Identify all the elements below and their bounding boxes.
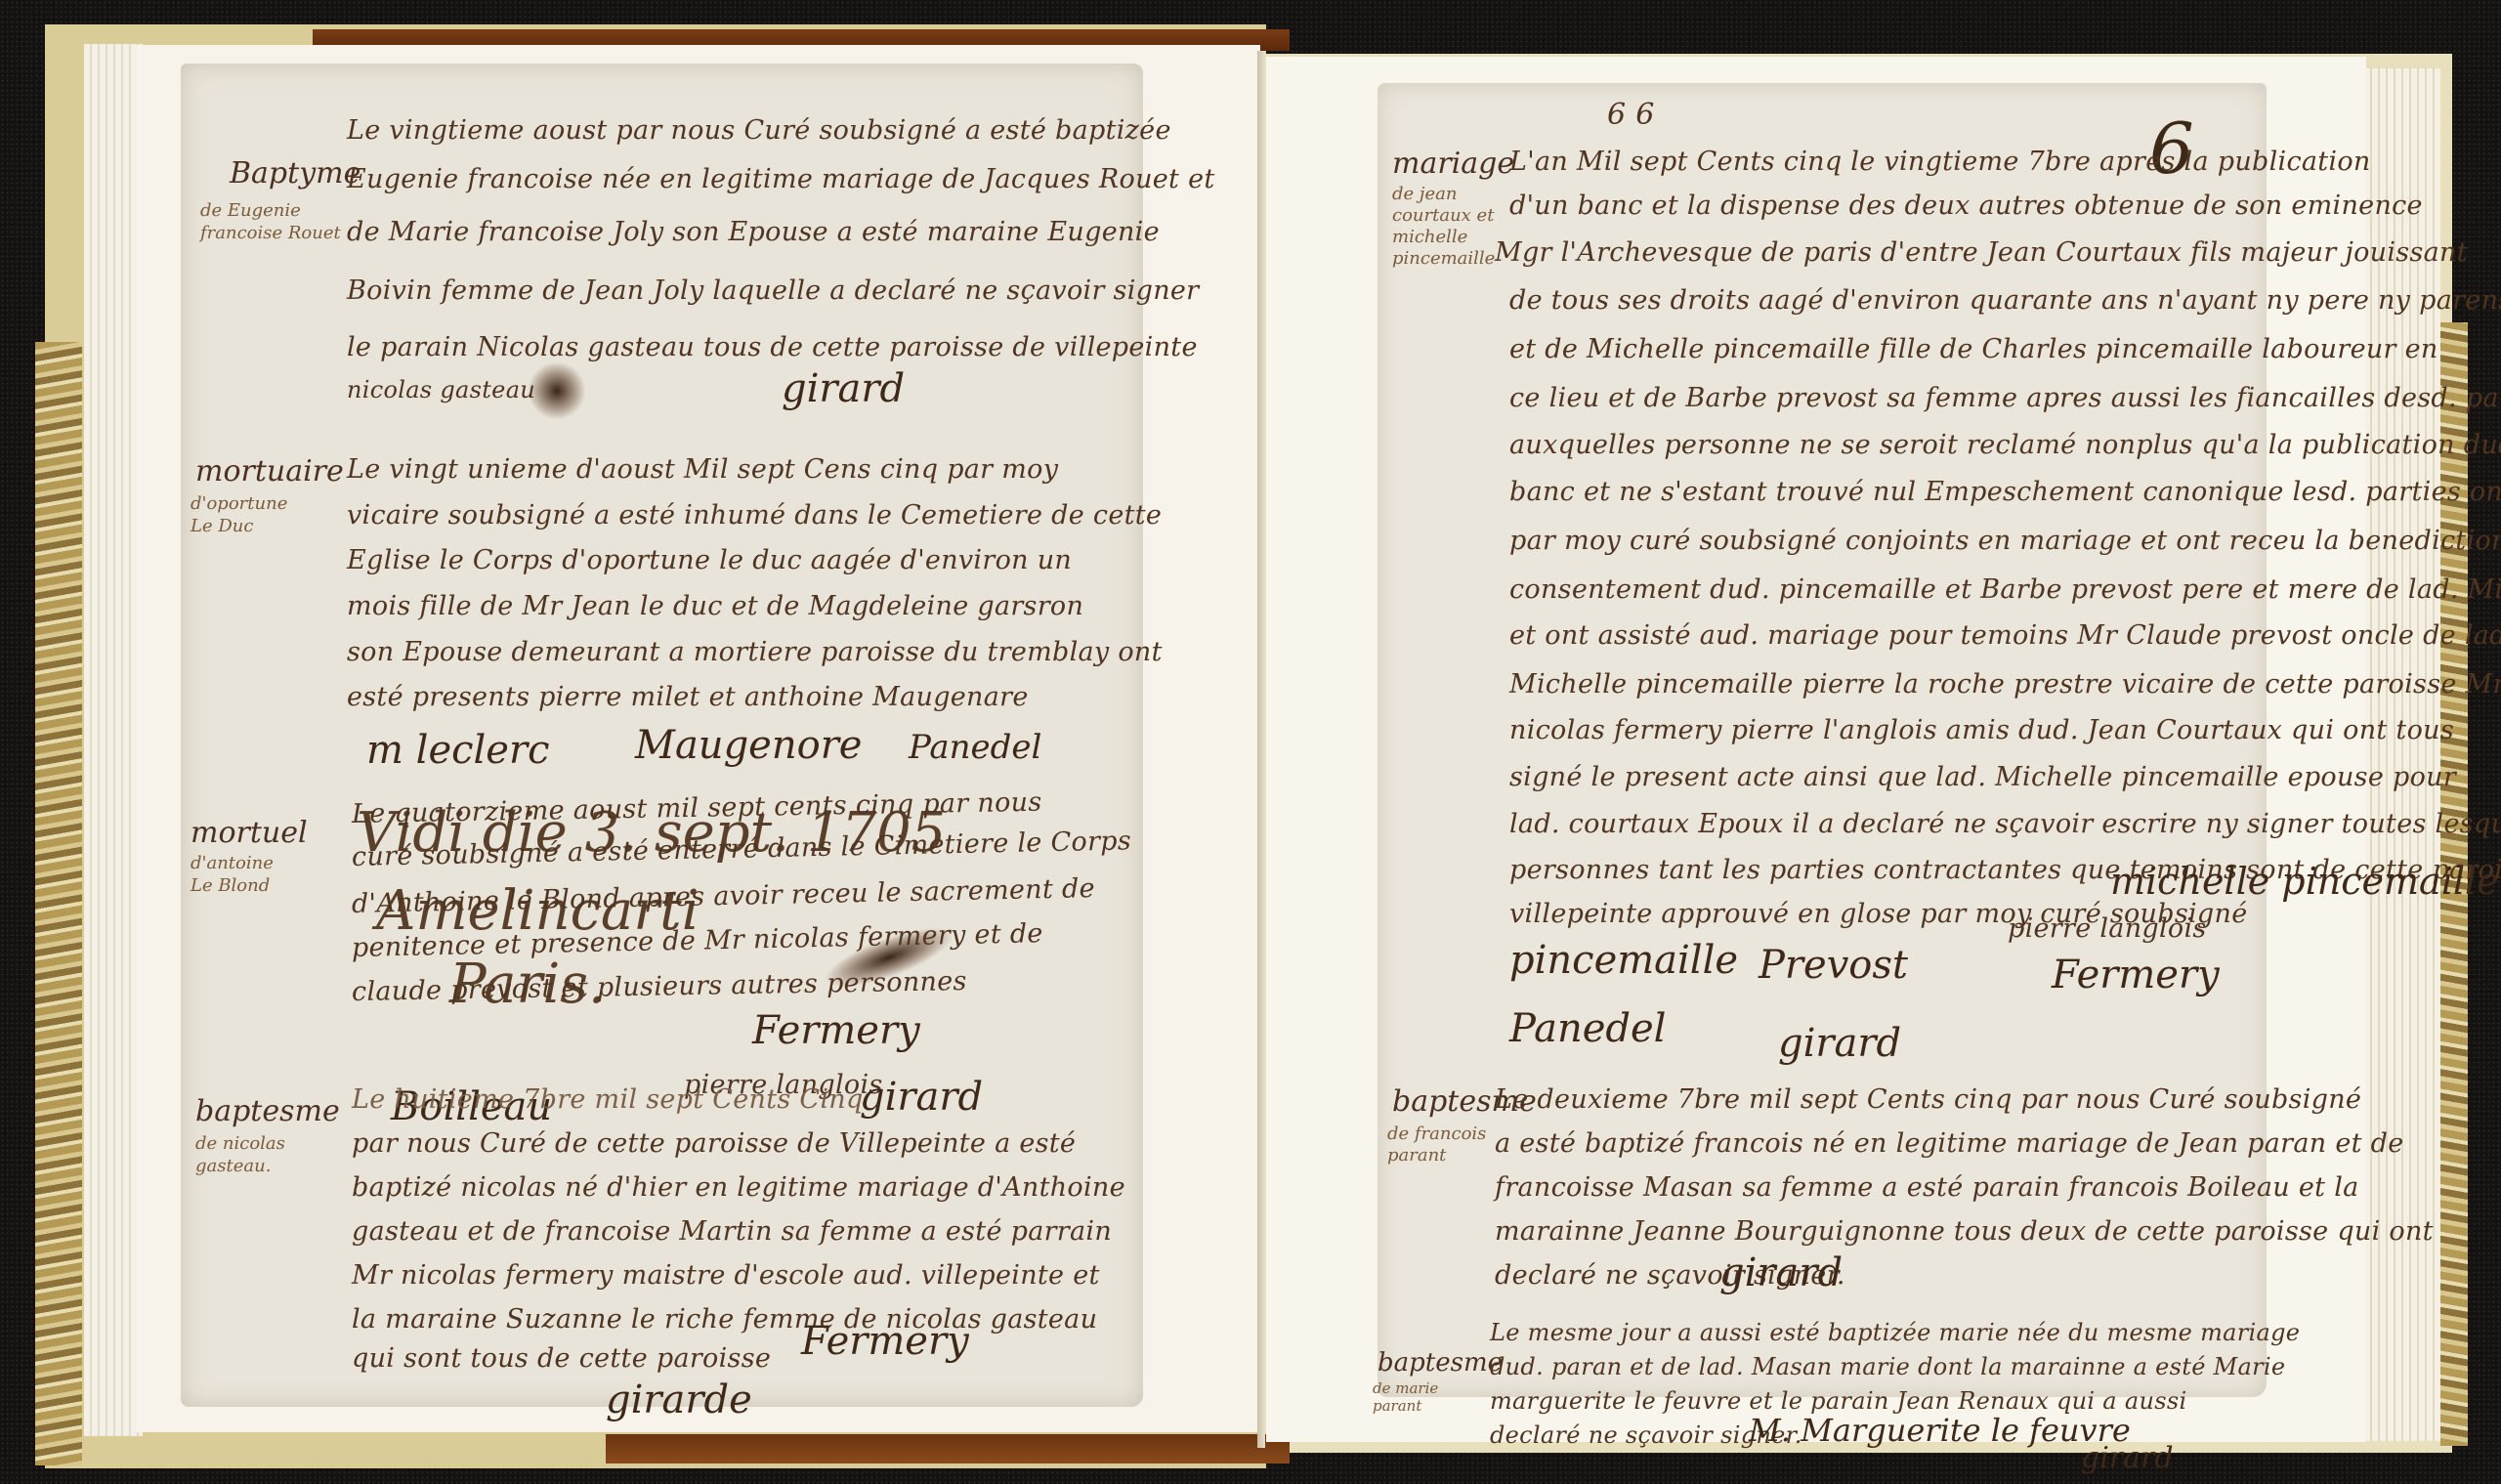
entry-line: francoisse Masan sa femme a esté parain … <box>1495 1172 2359 1203</box>
signature: Fermery <box>801 1319 969 1364</box>
entry-line: auxquelles personne ne se seroit reclamé… <box>1509 430 2501 460</box>
entry-line: vicaire soubsigné a esté inhumé dans le … <box>347 500 1162 530</box>
signature: girarde <box>606 1378 752 1422</box>
ink-blot <box>528 361 586 420</box>
marbled-endpaper-left <box>35 342 82 1465</box>
entry-line: la maraine Suzanne le riche femme de nic… <box>352 1304 1097 1335</box>
margin-title: baptesme <box>195 1094 340 1128</box>
signature: girard <box>782 366 905 411</box>
entry-line: qui sont tous de cette paroisse <box>352 1343 771 1374</box>
entry-line: baptizé nicolas né d'hier en legitime ma… <box>352 1172 1125 1203</box>
entry-line: Le vingtieme aoust par nous Curé soubsig… <box>347 115 1171 146</box>
entry-line: mois fille de Mr Jean le duc et de Magde… <box>347 591 1083 621</box>
entry-line: marguerite le feuvre et le parain Jean R… <box>1490 1387 2186 1415</box>
margin-subtitle: de francois <box>1387 1124 1486 1144</box>
entry-line: Mr nicolas fermery maistre d'escole aud.… <box>352 1260 1100 1291</box>
entry-line: de tous ses droits aagé d'environ quaran… <box>1509 285 2501 316</box>
margin-subtitle: francoise Rouet <box>200 223 341 243</box>
signature: Prevost <box>1759 943 1908 988</box>
page-edges-left <box>84 44 143 1436</box>
entry-line: a esté baptizé francois né en legitime m… <box>1495 1128 2404 1159</box>
entry-line: Le huitieme 7bre mil sept Cents Cinq <box>352 1084 864 1115</box>
margin-subtitle: gasteau. <box>195 1156 271 1176</box>
entry-line: Le mesme jour a aussi esté baptizée mari… <box>1490 1319 2300 1346</box>
margin-title: mariage <box>1392 147 1514 181</box>
margin-subtitle: pincemaille <box>1392 248 1495 269</box>
signature: m leclerc <box>366 728 550 773</box>
margin-subtitle: courtaux et <box>1392 205 1494 226</box>
entry-line: Le deuxieme 7bre mil sept Cents cinq par… <box>1495 1084 2361 1115</box>
entry-line: gasteau et de francoise Martin sa femme … <box>352 1216 1112 1247</box>
entry-line: son Epouse demeurant a mortiere paroisse… <box>347 637 1163 667</box>
entry-line: marainne Jeanne Bourguignonne tous deux … <box>1495 1216 2434 1247</box>
signature: M. Marguerite le feuvre <box>1749 1412 2131 1449</box>
margin-title: mortuel <box>191 816 308 850</box>
signature: girard <box>1719 1251 1843 1295</box>
entry-line: et ont assisté aud. mariage pour temoins… <box>1509 620 2501 651</box>
signature: girard <box>860 1075 983 1120</box>
entry-line: par moy curé soubsigné conjoints en mari… <box>1509 526 2501 556</box>
entry-line: signé le present acte ainsi que lad. Mic… <box>1509 762 2456 792</box>
signature: nicolas gasteau <box>347 376 535 403</box>
signature: pierre langlois <box>2008 913 2207 944</box>
leather-spine-bottom <box>606 1434 1290 1463</box>
margin-title: Baptyme <box>230 156 360 191</box>
entry-line: banc et ne s'estant trouvé nul Empeschem… <box>1509 477 2501 507</box>
entry-line: Eugenie francoise née en legitime mariag… <box>347 164 1215 194</box>
entry-line: Boivin femme de Jean Joly laquelle a dec… <box>347 276 1199 306</box>
entry-line: Michelle pincemaille pierre la roche pre… <box>1509 669 2501 700</box>
entry-line: le parain Nicolas gasteau tous de cette … <box>347 332 1198 362</box>
signature: girard <box>1778 1021 1901 1066</box>
margin-subtitle: de marie <box>1373 1379 1438 1397</box>
book-gutter <box>1257 51 1265 1448</box>
signature: Fermery <box>752 1008 920 1053</box>
signature: pincemaille <box>1509 938 1738 983</box>
entry-line: esté presents pierre milet et anthoine M… <box>347 682 1029 712</box>
margin-subtitle: d'antoine <box>191 853 274 873</box>
entry-line: Mgr l'Archevesque de paris d'entre Jean … <box>1495 237 2468 268</box>
entry-line: d'un banc et la dispense des deux autres… <box>1509 191 2423 221</box>
entry-line: Le vingt unieme d'aoust Mil sept Cens ci… <box>347 454 1058 485</box>
signature: Panedel <box>1509 1006 1666 1051</box>
signature: Panedel <box>909 728 1041 767</box>
signature: Maugenore <box>635 723 862 768</box>
signature: girard <box>2081 1441 2174 1475</box>
margin-subtitle: parant <box>1373 1397 1421 1415</box>
margin-subtitle: d'oportune <box>191 493 287 514</box>
entry-line: nicolas fermery pierre l'anglois amis du… <box>1509 715 2454 745</box>
entry-line: lad. courtaux Epoux il a declaré ne sçav… <box>1509 809 2501 839</box>
entry-line: dud. paran et de lad. Masan marie dont l… <box>1490 1353 2285 1380</box>
folio-mark-top: 6 6 <box>1607 98 1655 132</box>
margin-subtitle: de nicolas <box>195 1133 285 1154</box>
entry-line: L'an Mil sept Cents cinq le vingtieme 7b… <box>1509 147 2371 177</box>
margin-subtitle: Le Duc <box>191 516 253 536</box>
entry-line: et de Michelle pincemaille fille de Char… <box>1509 334 2438 364</box>
margin-title: baptesme <box>1378 1348 1503 1378</box>
margin-subtitle: michelle <box>1392 227 1467 247</box>
margin-subtitle: parant <box>1387 1145 1446 1166</box>
signature: michelle pincemaille <box>2110 860 2499 903</box>
signature: Fermery <box>2052 953 2220 997</box>
entry-line: par nous Curé de cette paroisse de Ville… <box>352 1128 1076 1159</box>
margin-subtitle: de jean <box>1392 184 1457 204</box>
entry-line: de Marie francoise Joly son Epouse a est… <box>347 217 1160 247</box>
entry-line: consentement dud. pincemaille et Barbe p… <box>1509 574 2501 605</box>
entry-line: Eglise le Corps d'oportune le duc aagée … <box>347 545 1072 575</box>
margin-subtitle: Le Blond <box>191 875 270 896</box>
entry-line: ce lieu et de Barbe prevost sa femme apr… <box>1509 383 2501 413</box>
margin-subtitle: de Eugenie <box>200 200 301 221</box>
margin-title: mortuaire <box>195 454 344 488</box>
